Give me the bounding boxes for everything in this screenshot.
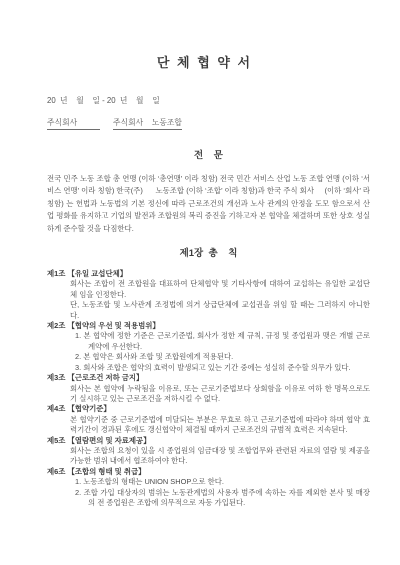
article-4-paragraph: 본 협약기준 중 근로기준법에 미달되는 부분은 무효로 하고 근로기준법에 따… [47,415,370,436]
article-2-item: 1. 본 협약에 정한 기준은 근로기준법, 회사가 정한 제 규칙, 규정 및… [47,331,370,352]
preamble-heading: 전 문 [47,147,370,161]
article-4-heading: 제4조 【협약기준】 [47,404,370,414]
article-6: 제6조 【조합의 형태 및 취급】 1. 노동조합의 형태는 UNION SHO… [47,467,370,509]
article-2-item: 2. 본 협약은 회사와 조합 및 조합원에게 적용된다. [47,352,370,362]
article-3-heading: 제3조 【근로조건 저하 금지】 [47,373,370,383]
party-company-blank: 주식회사 [47,117,100,130]
article-3: 제3조 【근로조건 저하 금지】 회사는 본 협약에 누락됨을 이유로, 또는 … [47,373,370,404]
parties-line: 주식회사주식회사 노동조합 [47,117,370,130]
article-2-item: 3. 회사와 조합은 협약의 효력이 발생되고 있는 기간 중에는 성실히 준수… [47,363,370,373]
article-6-item: 2. 조합 가입 대상자의 범위는 노동관계법의 사용자 범주에 속하는 자를 … [47,488,370,509]
article-5-heading: 제5조 【열람편의 및 자료제공】 [47,436,370,446]
article-1-paragraph: 회사는 조합이 전 조합원을 대표하여 단체협약 및 기타사항에 대하여 교섭하… [47,279,370,300]
article-1: 제1조 【유일 교섭단체】 회사는 조합이 전 조합원을 대표하여 단체협약 및… [47,269,370,321]
article-5-paragraph: 회사는 조합의 요청이 있을 시 종업원의 임금대장 및 조합업무와 관련된 자… [47,446,370,467]
article-1-paragraph: 단, 노동조합 및 노사관계 조정법에 의거 상급단체에 교섭권을 위임 할 때… [47,300,370,321]
article-6-item: 1. 노동조합의 형태는 UNION SHOP으로 한다. [47,477,370,487]
chapter-1-heading: 제1장 총 칙 [47,245,370,259]
article-2: 제2조 【협약의 우선 및 적용범위】 1. 본 협약에 정한 기준은 근로기준… [47,321,370,373]
document-page: 단 체 협 약 서 20 년 월 일 - 20 년 월 일 주식회사주식회사 노… [0,0,400,565]
article-5: 제5조 【열람편의 및 자료제공】 회사는 조합의 요청이 있을 시 종업원의 … [47,436,370,467]
article-1-heading: 제1조 【유일 교섭단체】 [47,269,370,279]
article-2-heading: 제2조 【협약의 우선 및 적용범위】 [47,321,370,331]
agreement-period: 20 년 월 일 - 20 년 월 일 [47,95,370,106]
preamble-text: 전국 민주 노동 조합 총 연맹 (이하 ‘총연맹’ 이라 칭함) 전국 민간 … [47,173,370,235]
document-title: 단 체 협 약 서 [47,52,362,71]
party-union: 주식회사 노동조합 [113,117,182,130]
article-4: 제4조 【협약기준】 본 협약기준 중 근로기준법에 미달되는 부분은 무효로 … [47,404,370,435]
article-6-heading: 제6조 【조합의 형태 및 취급】 [47,467,370,477]
article-3-paragraph: 회사는 본 협약에 누락됨을 이유로, 또는 근로기준법보다 상회함을 이유로 … [47,384,370,405]
articles-section: 제1조 【유일 교섭단체】 회사는 조합이 전 조합원을 대표하여 단체협약 및… [47,269,370,508]
